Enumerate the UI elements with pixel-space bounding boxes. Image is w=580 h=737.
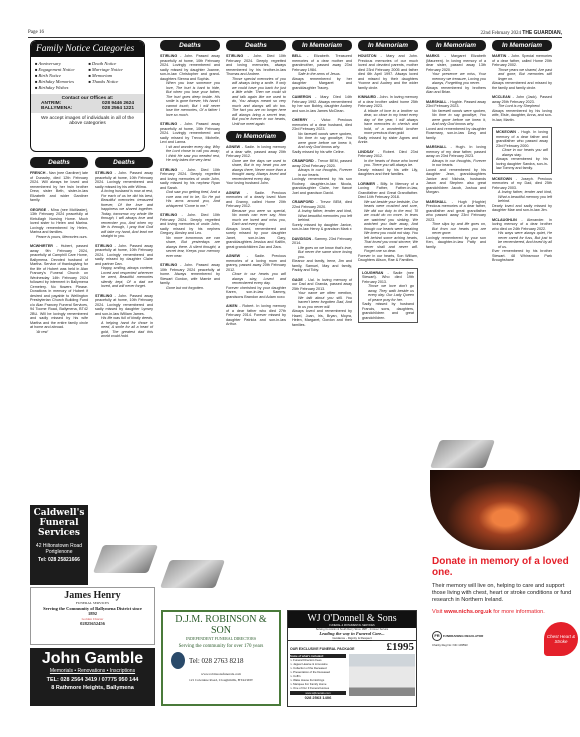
notice: STIRLING - John. Passed away 10th Februa… <box>160 263 220 290</box>
notice: MCWHIRTER - Hubert, passed away 9th Febr… <box>30 244 88 334</box>
notice-surname: STIRLING <box>95 171 112 175</box>
notice: AIKEN - Robert. In loving memory of a de… <box>226 304 286 327</box>
djm-phone: Tel: 028 2763 8218 <box>189 657 244 665</box>
notice-surname: STIRLING <box>160 122 177 126</box>
paper-name: THE GUARDIAN, <box>522 30 562 36</box>
bible-icon <box>430 440 495 468</box>
notice-surname: MCKEOWN <box>492 177 512 181</box>
section-label-deaths: Deaths <box>226 40 286 51</box>
notice: STIRLING - John. Passed away peacefully … <box>95 171 153 239</box>
notice-surname: STIRLING <box>160 54 177 58</box>
ad-djm-robinson: D.J.M. ROBINSON & SON INDEPENDENT FUNERA… <box>161 610 281 706</box>
wj-included-item: ➢ One of Our 3 Funeral Homes <box>290 686 346 690</box>
notice: BELL - Elizabeth. Treasured memories of … <box>292 54 352 90</box>
ad-caldwells-funeral-services: Caldwell's Funeral Services 42 Hiltonsto… <box>30 505 88 585</box>
notice: CHERRY - Victor. Precious memories of a … <box>292 118 352 154</box>
notice: STIRLING - John. Died 10th February 2024… <box>226 54 286 126</box>
notice: MCKEOWN - Hugh. In loving memory of a de… <box>492 127 552 174</box>
jh-tagline: Serving the Community of Ballymena Distr… <box>33 605 152 617</box>
notice: MARSHALL - Hugh. In loving memory of my … <box>426 145 486 195</box>
notice: LOUGHRAN - Sadie (nee Stewart). Who died… <box>358 268 418 324</box>
djm-web: www.robinsonsfunerals.com <box>165 669 277 676</box>
column-memoriam-4: In MemoriamMARTIN - John. Special memori… <box>492 40 552 268</box>
notice: HOUSTON - Mary and John. Precious memori… <box>358 54 418 90</box>
notice-verse: No farewell words were spoken, No time t… <box>292 132 352 150</box>
notice-surname: STIRLING <box>160 263 177 267</box>
column-memoriam-1: In MemoriamBELL - Elizabeth. Treasured m… <box>292 40 352 332</box>
office-name: BALLYMENA: <box>41 106 72 111</box>
notice-verse: Always in our thoughts, Forever in our h… <box>292 168 352 177</box>
notice-signoff: Lovingly remembered by his son Rodney, d… <box>292 177 352 195</box>
notice-verse: When you lose someone you love, The hurt… <box>160 81 220 117</box>
section-label-memoriam: In Memoriam <box>226 131 286 142</box>
section-label-deaths: Deaths <box>95 157 153 168</box>
section-label-deaths: Deaths <box>160 40 220 51</box>
notice: STIRLING - John. Passed away peacefully … <box>95 244 153 289</box>
notice-verse: Those special memories of you will alway… <box>226 77 286 127</box>
djm-crest-icon <box>171 652 185 669</box>
notice-signoff: Your loving husband John. <box>226 181 286 186</box>
notice-signoff: Always loved, remembered and sorely miss… <box>226 227 286 250</box>
notice-signoff: Always remembered by her daughter Margar… <box>292 77 352 91</box>
notice-surname: LOUGHRAN <box>362 271 383 275</box>
notice: STIRLING - John. Passed away peacefully … <box>95 294 153 339</box>
notice-signoff: Sadly missed by sister Agnes and Annie. <box>358 136 418 145</box>
notice-surname: MARKS <box>426 54 440 58</box>
notice-surname: STIRLING <box>95 294 112 298</box>
notice-verse: A tribute of love to a brother so dear, … <box>358 109 418 136</box>
notice-text: - Mina (nee McMaster), 13th February 202… <box>30 208 88 235</box>
notice-surname: AIKEN <box>226 304 237 308</box>
notice-surname: HOUSTON <box>358 54 376 58</box>
notice-surname: MARTIN <box>492 54 506 58</box>
notice: AGNEW - Sadie. In loving memory of a dea… <box>226 145 286 186</box>
notice-signoff: Loved and remembered by daughter Rosemar… <box>426 127 486 141</box>
office-phone: 028 2564 1221 <box>102 106 134 111</box>
notice-signoff: Dearly missed by his wife Lily, daughter… <box>358 168 418 177</box>
notice-signoff: Lovingly remembered by your son Ken, dau… <box>426 236 486 250</box>
notice-verse: Peace is yours, Memories ours. <box>30 235 88 240</box>
notice-verse: Close in our hearts you will always stay… <box>496 148 548 157</box>
notice-signoff: Forever cherished by your daughter Karen… <box>226 286 286 300</box>
charity-number: Charity Reg No: NIC 103593 <box>432 641 483 647</box>
notice-signoff: Sorely missed by daughter Janice, son-in… <box>292 223 352 232</box>
notice-surname: CRAWFORD <box>292 200 314 204</box>
notice: STIRLING - John. Passed away peacefully … <box>160 54 220 117</box>
notice-surname: MARSHALL <box>426 100 447 104</box>
notice-verse: Always in our thoughts, Forever in our h… <box>426 159 486 168</box>
notice-surname: MCLAUGHLIN <box>492 218 517 222</box>
notice-verse: We sat beside your bedside, Our hearts w… <box>358 200 418 254</box>
notice-text: - Mary and John. Precious memories of ou… <box>358 54 418 90</box>
ad-john-gamble: John Gamble Memorials • Renovations • In… <box>30 648 155 706</box>
notice: DAVIDSON - Sammy. 23rd February 2014.Lif… <box>292 237 352 273</box>
funeral-home-photo <box>349 654 415 696</box>
notice: MARSHALL - Hughie. Passed away 23rd Febr… <box>426 100 486 141</box>
notice: MARKS - Margaret Elizabeth (Maureen). In… <box>426 54 486 95</box>
notice-surname: FRENCH <box>30 171 45 175</box>
notice: AGNEW - Sadie. Precious memories of a de… <box>226 191 286 250</box>
notice-verse: Because you were so special, No words ca… <box>226 209 286 227</box>
djm-address: 121 Coleraine Road, Cloughmills, BT44 9D… <box>165 676 277 682</box>
bible-icon <box>93 545 158 573</box>
wj-price: £1995 <box>387 641 415 653</box>
contact-offices: Contact our Offices at: ANTRIM:028 9446 … <box>31 94 144 113</box>
notice: MCCLEAN - John (Jack). Passed away 25th … <box>492 95 552 122</box>
notice-surname: MCWHIRTER <box>30 244 53 248</box>
notice-signoff: Always remembered by his loving daughter… <box>496 157 548 171</box>
category-item: Death Notice <box>89 61 141 66</box>
donate-body: Their memory will live on, helping to ca… <box>430 581 580 607</box>
fundraising-regulator-logo: FR FUNDRAISING REGULATOR <box>432 631 483 641</box>
regulator-text: FUNDRAISING REGULATOR <box>443 634 483 638</box>
notice-verse: Close in our hearts you will always stay… <box>226 272 286 286</box>
notice-verse: Gone are the days we used to share, But … <box>226 159 286 182</box>
notice-surname: MCKEOWN <box>496 130 516 134</box>
category-item: Anniversary <box>35 61 87 66</box>
jg-name: John Gamble <box>30 648 155 668</box>
jg-phone: TEL: 028 2564 3419 / 07775 950 144 <box>30 674 155 683</box>
ad-wj-odonnell: WJ O'Donnell & Sons FUNERAL & MONUMENTAL… <box>287 610 417 707</box>
notice: FRENCH - Nan (nee Gardiner) late of Duna… <box>30 171 88 203</box>
notice-signoff: Dearly loved and sadly missed by daughte… <box>492 204 552 213</box>
caldwell-address: 42 Hiltonstown Road Portglenone <box>30 541 88 557</box>
categories-title: Family Notice Categories <box>31 41 144 57</box>
notice-verse: Your presence we miss, Your memory we tr… <box>426 72 486 86</box>
bible-icon <box>160 560 225 588</box>
section-label-memoriam: In Memoriam <box>492 40 552 51</box>
section-label-deaths: Deaths <box>30 157 88 168</box>
djm-name: D.J.M. ROBINSON & SON <box>165 614 277 636</box>
notice-surname: LINDSAY <box>358 150 374 154</box>
notice-verse: Gone but not forgotten. <box>160 286 220 291</box>
notice-surname: MARSHALL <box>426 145 447 149</box>
notice: MARTIN - John. Special memories of a dea… <box>492 54 552 90</box>
notice: STIRLING - John. Passed away peacefully … <box>160 122 220 163</box>
notice-surname: CHERRY <box>292 118 307 122</box>
notice: CRAWFORD - Trevor BEM, passed away 22nd … <box>292 159 352 195</box>
candle-hands-photo <box>430 470 580 550</box>
notice-signoff: Sadly missed by his wife Celine. <box>292 150 352 155</box>
category-item: Memoriam <box>89 73 141 78</box>
djm-tagline: Serving the community for over 170 years <box>165 641 277 652</box>
notice-signoff: Always remembered by his loving wife, El… <box>492 109 552 123</box>
visit-prefix: Visit <box>432 609 444 615</box>
wj-name: WJ O'Donnell & Sons <box>288 611 416 624</box>
notice-verse: His life was full of kindly deeds, A hel… <box>95 316 153 339</box>
visit-suffix: for more information. <box>492 609 545 615</box>
notice-text: - Nan (nee Gardiner) late of Dunadry, di… <box>30 171 88 202</box>
column-deaths-1: DeathsFRENCH - Nan (nee Gardiner) late o… <box>30 157 88 339</box>
jg-address: 8 Rathmore Heights, Ballymena <box>30 683 155 691</box>
section-label-memoriam: In Memoriam <box>358 40 418 51</box>
ad-james-henry: James Henry FUNERAL SERVICES Serving the… <box>30 587 155 645</box>
notice-signoff: Ever remembered by his brother Stewart. … <box>492 249 552 263</box>
notice-text: - Hubert, passed away 9th February 2024,… <box>30 244 88 329</box>
notice-text: - John. Passed away peacefully at home, … <box>160 54 220 81</box>
column-deaths-3: DeathsSTIRLING - John. Passed away peace… <box>160 40 220 295</box>
chest-heart-stroke-logo: Chest Heart & Stroke <box>544 622 578 656</box>
notice-surname: DAVIDSON <box>292 237 311 241</box>
category-item: Thanks Notice <box>89 79 141 84</box>
wj-included-list: ➢ Funeral Directors Fees➢ Jaguar Hearse … <box>290 658 346 690</box>
notice-surname: STIRLING <box>95 244 112 248</box>
ad-chest-heart-stroke: Donate in memory of a loved one. Their m… <box>430 470 580 710</box>
category-item: Birth Notice <box>35 73 87 78</box>
notice-surname: AGNEW <box>226 254 240 258</box>
accept-note: We accept images of individuals in all o… <box>31 115 144 127</box>
notice-surname: STIRLING <box>160 213 177 217</box>
notice-verse: Those years we shared, Are past and gone… <box>492 68 552 82</box>
notice: STIRLING - John. Died 10th February 2024… <box>160 168 220 209</box>
notice-signoff: Always remembered and missed by the fami… <box>492 81 552 90</box>
category-list: Anniversary Death Notice Engagement Noti… <box>31 57 144 92</box>
notice-signoff: Sadly missed by husband Francis, sons, d… <box>362 302 414 320</box>
notice: LINDSAY - Robert. Died 23rd February 201… <box>358 150 418 177</box>
notice-surname: MARSHALL <box>426 200 447 204</box>
column-memoriam-2: In MemoriamHOUSTON - Mary and John. Prec… <box>358 40 418 326</box>
column-memoriam-3: In MemoriamMARKS - Margaret Elizabeth (M… <box>426 40 486 254</box>
notice-verse: No more tomorrows we can share, But yest… <box>160 236 220 259</box>
notice-verse: 'At rest' <box>30 330 88 335</box>
notice-verse: A loving husband is now at rest, For eac… <box>95 189 153 239</box>
category-item: Birthday Memories <box>35 79 87 84</box>
notice: GEORGE - Mina (nee McMaster), 13th Febru… <box>30 208 88 240</box>
notice-verse: A loving father, tender and kind, What a… <box>492 190 552 204</box>
wj-package: OUR EXCLUSIVE FUNERAL PACKAGE <box>290 647 354 651</box>
notice-signoff: Eleanor and family, Irene, Jim and famil… <box>292 259 352 273</box>
page-number: Page 16 <box>28 30 44 35</box>
notice-surname: AGNEW <box>226 145 240 149</box>
notice: MCKEOWN - Joseph. Precious memories of m… <box>492 177 552 213</box>
section-label-memoriam: In Memoriam <box>426 40 486 51</box>
notice-signoff: Always remembered by brothers Alan and B… <box>426 86 486 95</box>
notice: STIRLING - John. Died 10th February 2024… <box>160 213 220 258</box>
category-item: Birthday Wishes <box>35 85 87 90</box>
nichs-link[interactable]: www.nichs.org.uk <box>444 609 492 615</box>
notice-verse: A loving father, tender and kind, What b… <box>292 209 352 223</box>
notice-verse: No farewell words were spoken, No time t… <box>426 109 486 127</box>
notice: MARSHALL - Hugh (Hughie) Precious memori… <box>426 200 486 250</box>
notice-surname: KINNAIRD <box>358 95 376 99</box>
category-item: Engagement Notice <box>35 67 87 72</box>
notice-surname: LORIMER <box>358 182 375 186</box>
page-header-date: 22nd February 2024 THE GUARDIAN, <box>480 30 562 36</box>
caldwell-phone: Tel: 028 25821666 <box>30 557 88 563</box>
office-row: BALLYMENA:028 2564 1221 <box>41 106 134 111</box>
notice-text: - Elizabeth. Treasured memories of a dea… <box>292 54 352 72</box>
notice-surname: CAMERON <box>292 95 311 99</box>
notice-verse: Your name we often mention, We talk abou… <box>292 291 352 309</box>
notice-surname: STIRLING <box>226 54 243 58</box>
notice-surname: GAGE <box>292 278 303 282</box>
notice: LORIMER - Billy. In Memory of a Loving F… <box>358 182 418 263</box>
column-deaths-memoriam: DeathsSTIRLING - John. Died 10th Februar… <box>226 40 286 332</box>
notice-verse: Happy, smiling, always content, Loved an… <box>95 266 153 289</box>
notice-surname: STIRLING <box>160 168 177 172</box>
notice-verse: God saw you getting tired, And a cure wa… <box>160 190 220 208</box>
header-rule <box>28 37 562 38</box>
caldwell-name: Caldwell's Funeral Services <box>30 505 88 541</box>
notice-verse: I sit and wonder every day, Why the Lord… <box>160 145 220 163</box>
notice-verse: In the hearts of those who loved you. Th… <box>358 159 418 168</box>
category-item: Marriage Notice <box>89 67 141 72</box>
notice-signoff: Always loved and remembered by Hazel, Jo… <box>292 309 352 327</box>
notice-surname: AGNEW <box>226 191 240 195</box>
notice-signoff: Forever in our hearts, Son William, Daug… <box>358 254 418 263</box>
notice-surname: MCCLEAN <box>492 95 510 99</box>
notice-surname: CRAWFORD <box>292 159 314 163</box>
notice-verse: Those we love don't go away, They walk b… <box>362 284 414 302</box>
jh-phone: 02825652456 <box>33 621 152 626</box>
notice-surname: GEORGE <box>30 208 46 212</box>
donate-title: Donate in memory of a loved one. <box>430 550 580 581</box>
notice: CRAWFORD - Trevor BEM, died 22nd Februar… <box>292 200 352 232</box>
notice: GAGE - Ual. In loving memory of our Dad … <box>292 278 352 328</box>
notice: KINNAIRD - John. In loving memory of a d… <box>358 95 418 145</box>
family-notice-categories-box: Family Notice Categories Anniversary Dea… <box>30 40 145 152</box>
wj-phone: 028 2563 1406 <box>290 695 346 700</box>
notice: MCLAUGHLIN - Alexander. In loving memory… <box>492 218 552 263</box>
section-label-memoriam: In Memoriam <box>292 40 352 51</box>
notice-signoff: Loved and remembered by his daughter Jea… <box>426 168 486 195</box>
notice: CAMERON - Mary. Died 14th February 1992.… <box>292 95 352 113</box>
issue-date: 22nd February 2024 <box>480 31 521 36</box>
notice-verse: Life goes on we know that's true, But ne… <box>292 246 352 260</box>
jh-name: James Henry <box>33 590 152 601</box>
notice: AGNEW - Sadie. Precious memories of a lo… <box>226 254 286 299</box>
notice-verse: His ways were always quiet, He never car… <box>492 231 552 249</box>
notice-verse: Time slips by and life goes on, But from… <box>426 222 486 236</box>
column-deaths-2: DeathsSTIRLING - John. Passed away peace… <box>95 157 153 344</box>
notice-surname: BELL <box>292 54 302 58</box>
